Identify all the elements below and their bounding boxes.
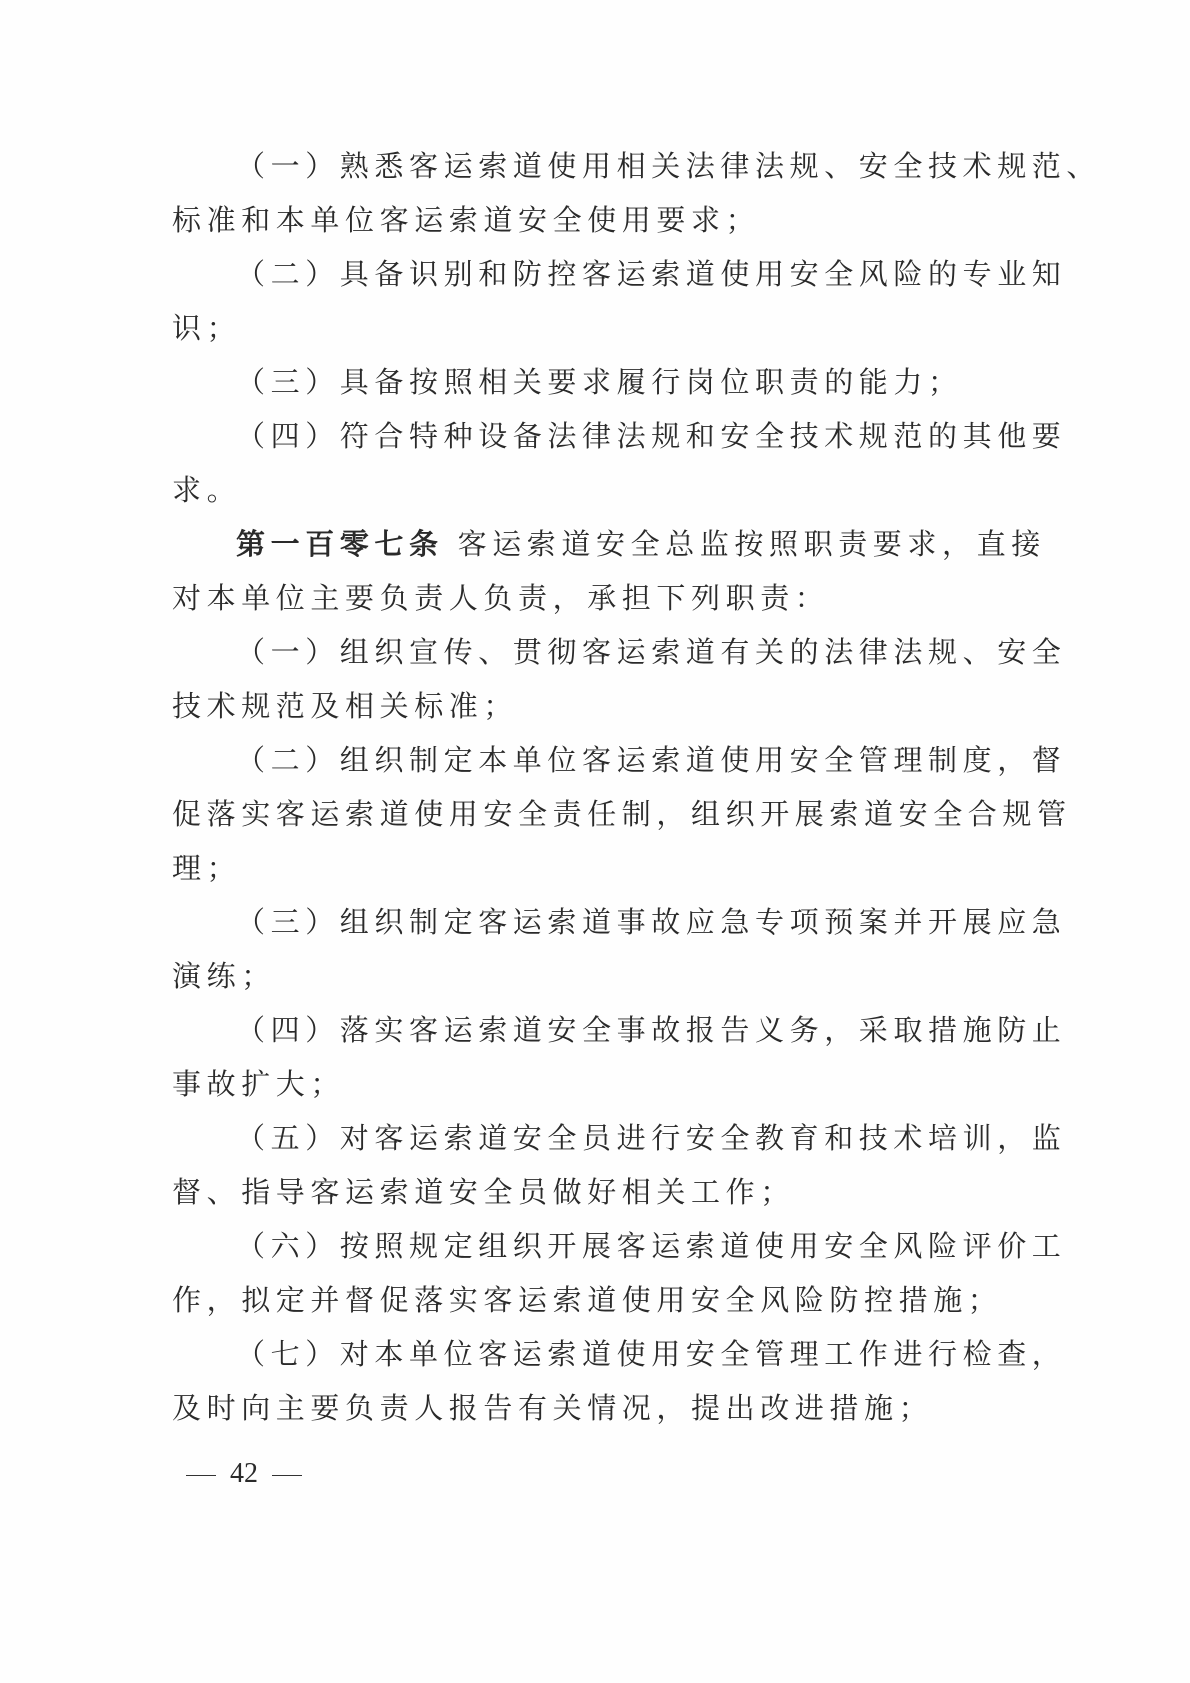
- text-line: 促落实客运索道使用安全责任制，组织开展索道安全合规管: [172, 794, 942, 834]
- text-line: （三）组织制定客运索道事故应急专项预案并开展应急: [236, 902, 942, 942]
- text-line: 求。: [172, 470, 942, 510]
- text-line: 及时向主要负责人报告有关情况，提出改进措施；: [172, 1388, 942, 1428]
- text-line: 理；: [172, 848, 942, 888]
- text-line: （五）对客运索道安全员进行安全教育和技术培训，监: [236, 1118, 942, 1158]
- text-line: （一）熟悉客运索道使用相关法律法规、安全技术规范、: [236, 146, 942, 186]
- text-line: （一）组织宣传、贯彻客运索道有关的法律法规、安全: [236, 632, 942, 672]
- text-line: 技术规范及相关标准；: [172, 686, 942, 726]
- dash-right: [272, 1475, 302, 1476]
- page-number: 42: [230, 1458, 258, 1489]
- text-line: （三）具备按照相关要求履行岗位职责的能力；: [236, 362, 942, 402]
- text-line: （二）具备识别和防控客运索道使用安全风险的专业知: [236, 254, 942, 294]
- text-line: （二）组织制定本单位客运索道使用安全管理制度，督: [236, 740, 942, 780]
- dash-left: [186, 1475, 216, 1476]
- text-line: 识；: [172, 308, 942, 348]
- text-line: （六）按照规定组织开展客运索道使用安全风险评价工: [236, 1226, 942, 1266]
- article-heading-line: 第一百零七条客运索道安全总监按照职责要求，直接: [236, 524, 942, 564]
- text-line: （四）符合特种设备法律法规和安全技术规范的其他要: [236, 416, 942, 456]
- article-label: 第一百零七条: [236, 527, 444, 561]
- text-line: 督、指导客运索道安全员做好相关工作；: [172, 1172, 942, 1212]
- text-line: （七）对本单位客运索道使用安全管理工作进行检查，: [236, 1334, 942, 1374]
- text-line: 演练；: [172, 956, 942, 996]
- document-page: （一）熟悉客运索道使用相关法律法规、安全技术规范、 标准和本单位客运索道安全使用…: [0, 0, 1190, 1683]
- text-line: （四）落实客运索道安全事故报告义务，采取措施防止: [236, 1010, 942, 1050]
- page-number-footer: 42: [172, 1458, 316, 1490]
- text-line: 标准和本单位客运索道安全使用要求；: [172, 200, 942, 240]
- text-line: 作，拟定并督促落实客运索道使用安全风险防控措施；: [172, 1280, 942, 1320]
- text-line: 事故扩大；: [172, 1064, 942, 1104]
- text-line: 对本单位主要负责人负责，承担下列职责：: [172, 578, 942, 618]
- article-text: 客运索道安全总监按照职责要求，直接: [458, 527, 1046, 561]
